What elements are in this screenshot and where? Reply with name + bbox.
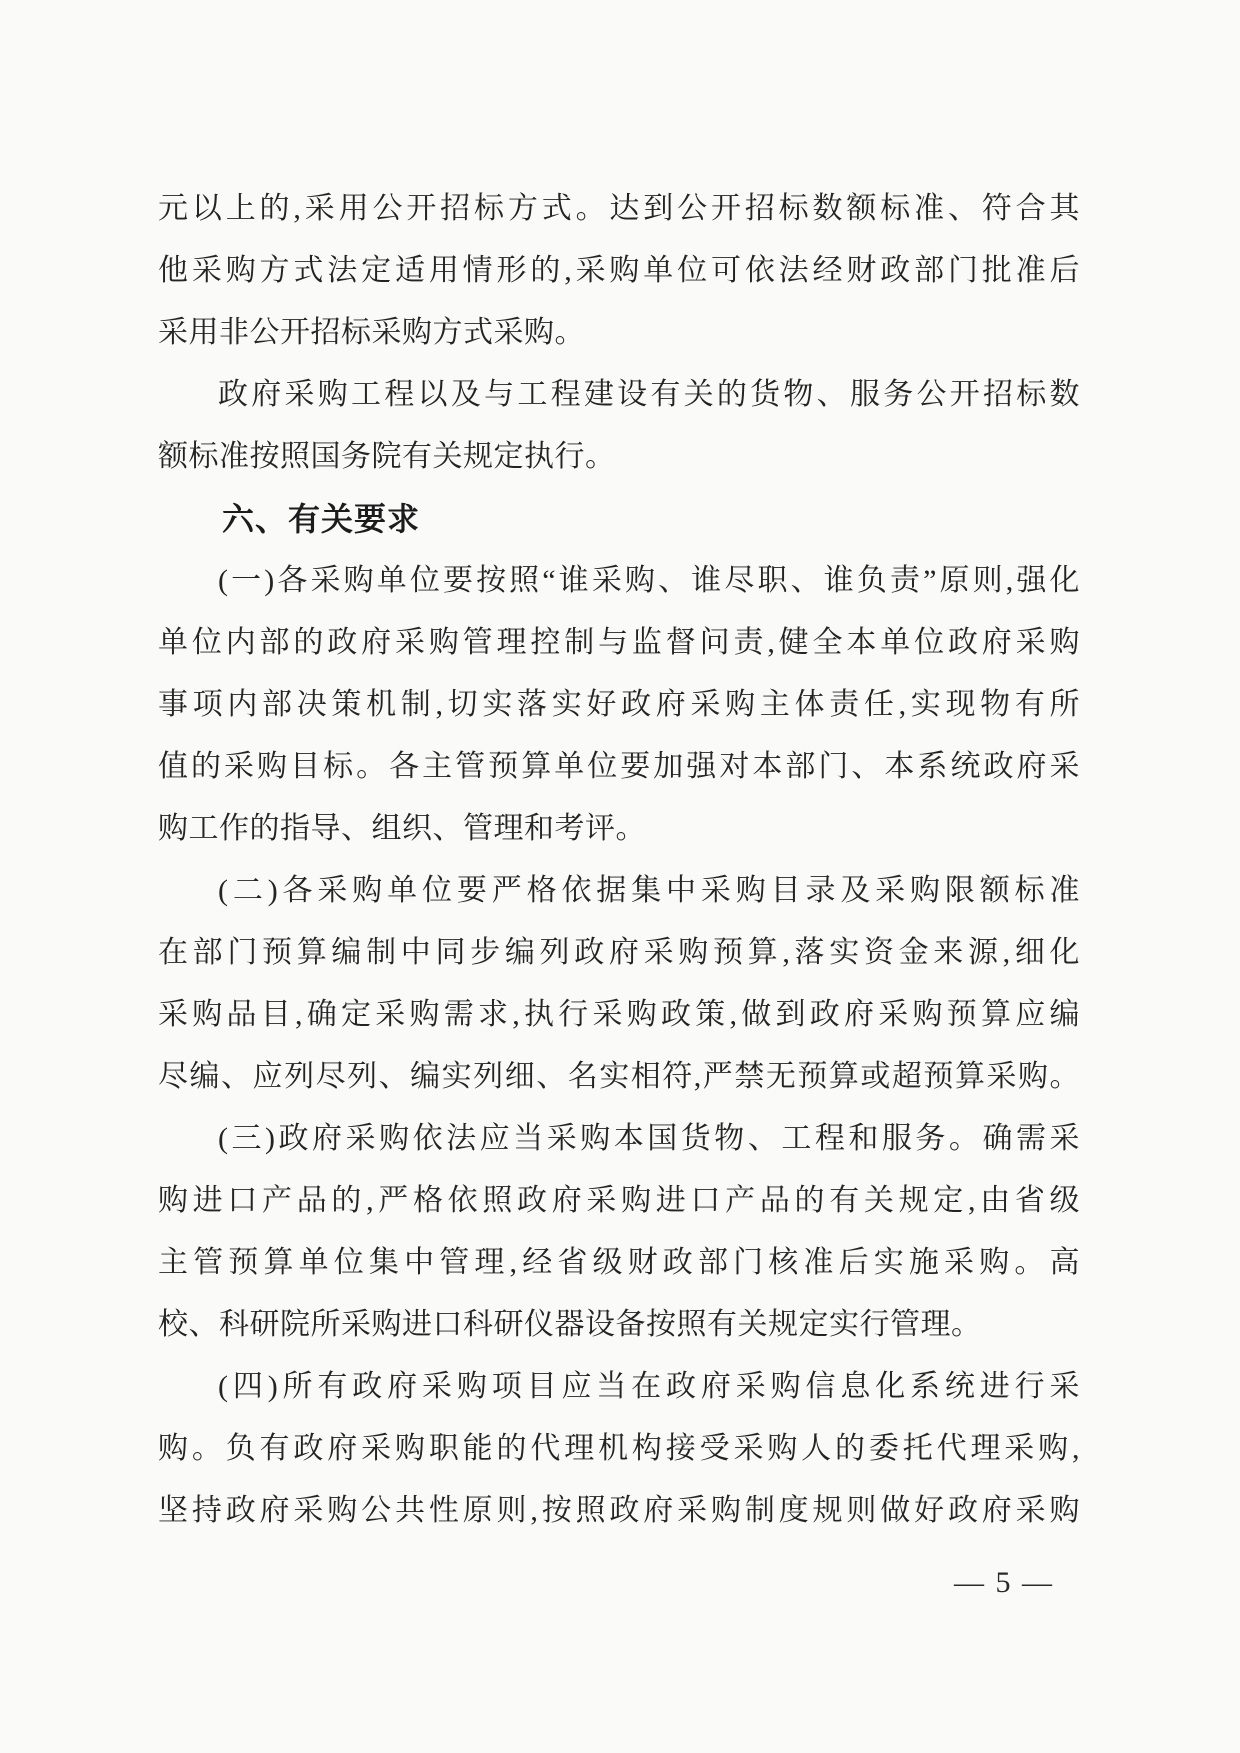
document-body: 元以上的,采用公开招标方式。达到公开招标数额标准、符合其 他采购方式法定适用情形… — [158, 178, 1080, 1542]
body-line: 政府采购工程以及与工程建设有关的货物、服务公开招标数 — [158, 364, 1080, 426]
body-line: 事项内部决策机制,切实落实好政府采购主体责任,实现物有所 — [158, 674, 1080, 736]
body-line: 主管预算单位集中管理,经省级财政部门核准后实施采购。高 — [158, 1232, 1080, 1294]
body-line: 元以上的,采用公开招标方式。达到公开招标数额标准、符合其 — [158, 178, 1080, 240]
body-line: 购进口产品的,严格依照政府采购进口产品的有关规定,由省级 — [158, 1170, 1080, 1232]
body-line: 值的采购目标。各主管预算单位要加强对本部门、本系统政府采 — [158, 736, 1080, 798]
body-line: (三)政府采购依法应当采购本国货物、工程和服务。确需采 — [158, 1108, 1080, 1170]
body-line: (一)各采购单位要按照“谁采购、谁尽职、谁负责”原则,强化 — [158, 550, 1080, 612]
body-line: 在部门预算编制中同步编列政府采购预算,落实资金来源,细化 — [158, 922, 1080, 984]
body-line: 购工作的指导、组织、管理和考评。 — [158, 798, 1080, 860]
page-number: — 5 — — [954, 1566, 1054, 1600]
body-line: (四)所有政府采购项目应当在政府采购信息化系统进行采 — [158, 1356, 1080, 1418]
document-page: { "content": { "paragraph_1": { "lines":… — [0, 0, 1240, 1753]
body-line: 采用非公开招标采购方式采购。 — [158, 302, 1080, 364]
body-line: 购。负有政府采购职能的代理机构接受采购人的委托代理采购, — [158, 1418, 1080, 1480]
body-line: 额标准按照国务院有关规定执行。 — [158, 426, 1080, 488]
body-line: 坚持政府采购公共性原则,按照政府采购制度规则做好政府采购 — [158, 1480, 1080, 1542]
body-line: 他采购方式法定适用情形的,采购单位可依法经财政部门批准后 — [158, 240, 1080, 302]
body-line: 尽编、应列尽列、编实列细、名实相符,严禁无预算或超预算采购。 — [158, 1046, 1080, 1108]
body-line: 校、科研院所采购进口科研仪器设备按照有关规定实行管理。 — [158, 1294, 1080, 1356]
body-line: (二)各采购单位要严格依据集中采购目录及采购限额标准 — [158, 860, 1080, 922]
body-line: 单位内部的政府采购管理控制与监督问责,健全本单位政府采购 — [158, 612, 1080, 674]
section-heading: 六、有关要求 — [158, 488, 1080, 550]
body-line: 采购品目,确定采购需求,执行采购政策,做到政府采购预算应编 — [158, 984, 1080, 1046]
